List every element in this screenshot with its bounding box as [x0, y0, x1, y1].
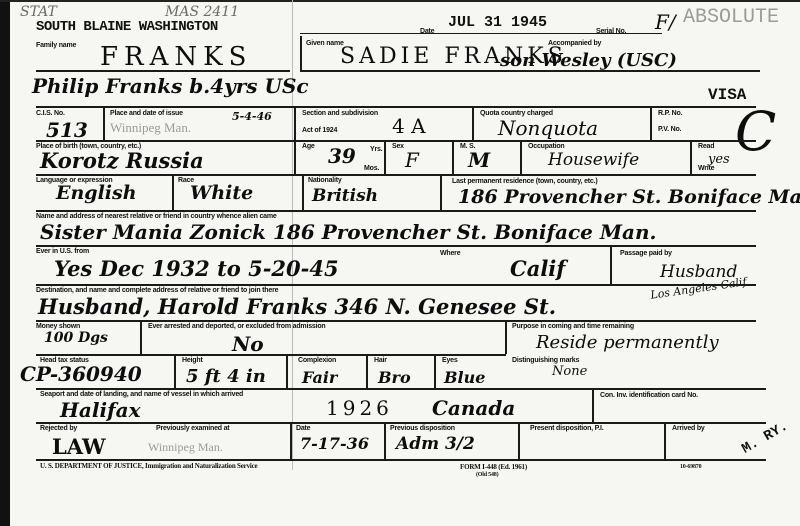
rule — [440, 174, 442, 210]
label-serial-no: Serial No. — [596, 28, 626, 35]
rule — [36, 284, 756, 286]
card-top-edge — [0, 0, 800, 2]
rule — [650, 106, 652, 140]
rule — [472, 106, 474, 140]
rule — [384, 422, 386, 460]
rule — [36, 422, 766, 424]
label-age: Age — [302, 143, 315, 150]
value-family-name: FRANKS — [100, 42, 252, 72]
value-issue-date: 5-4-46 — [232, 110, 272, 123]
rule — [300, 70, 760, 72]
value-last-residence: 186 Provencher St. Boniface Man. — [458, 186, 800, 208]
value-read: yes — [708, 152, 730, 167]
label-where: Where — [440, 250, 460, 257]
manifest-card: STAT MAS 2411 SOUTH BLAINE WASHINGTON Fa… — [0, 0, 800, 526]
value-nearest-relative: Sister Mania Zonick 186 Provencher St. B… — [40, 220, 656, 244]
value-race: White — [190, 182, 253, 204]
value-previous-disposition: Adm 3/2 — [396, 434, 475, 454]
label-ever-in-us: Ever in U.S. from — [36, 248, 89, 255]
rule — [36, 245, 756, 247]
value-ever-in-us: Yes Dec 1932 to 5-20-45 — [54, 256, 339, 281]
rule — [300, 36, 302, 72]
value-seaport-year: 1926 — [326, 396, 393, 420]
value-purpose: Reside permanently — [536, 332, 719, 353]
value-height: 5 ft 4 in — [186, 366, 266, 387]
rule — [103, 106, 105, 140]
value-cis-no: 513 — [46, 118, 88, 142]
label-family-name: Family name — [36, 42, 76, 49]
rule — [286, 354, 288, 388]
stamp-absolute: ABSOLUTE — [683, 6, 779, 29]
label-money-shown: Money shown — [36, 323, 80, 330]
value-money-shown: 100 Dgs — [44, 330, 108, 346]
label-pv-no: P.V. No. — [658, 126, 681, 133]
footer-department: U. S. DEPARTMENT OF JUSTICE, Immigration… — [40, 462, 257, 470]
label-distinguishing-marks: Distinguishing marks — [512, 357, 579, 364]
rule — [36, 388, 766, 390]
rule — [140, 320, 142, 354]
label-complexion: Complexion — [298, 357, 336, 364]
value-place-of-birth: Korotz Russia — [40, 148, 204, 173]
rule — [36, 210, 756, 212]
label-seaport: Seaport and date of landing, and name of… — [40, 391, 243, 398]
label-previously-examined: Previously examined at — [156, 425, 229, 432]
label-previous-disposition: Previous disposition — [390, 425, 455, 432]
rule — [505, 320, 507, 354]
label-ever-arrested: Ever arrested and deported, or excluded … — [148, 323, 325, 330]
rule — [36, 320, 756, 322]
value-hair: Bro — [378, 368, 411, 387]
rule — [664, 422, 666, 460]
value-accompanied-by: son Wesley (USC) — [500, 50, 677, 71]
value-distinguishing-marks: None — [552, 364, 587, 379]
margin-note-stat: STAT — [20, 4, 57, 20]
value-seaport-vessel: Canada — [432, 396, 515, 420]
label-nationality: Nationality — [308, 177, 342, 184]
margin-note-file-no: MAS 2411 — [165, 4, 239, 20]
value-section: 4 A — [392, 114, 426, 138]
label-passage-paid-by: Passage paid by — [620, 250, 672, 257]
label-rp-no: R.P. No. — [658, 110, 682, 117]
rule — [592, 388, 594, 422]
value-ms: M — [468, 148, 490, 172]
value-ever-arrested: No — [232, 332, 264, 356]
value-sex: F — [405, 148, 419, 172]
rule — [36, 106, 756, 108]
label-eyes: Eyes — [442, 357, 458, 364]
visa-mark: C — [735, 100, 776, 163]
rule — [172, 174, 174, 210]
label-hair: Hair — [374, 357, 387, 364]
label-date2: Date — [296, 425, 310, 432]
port-name: SOUTH BLAINE WASHINGTON — [36, 19, 218, 35]
label-destination-relative: Destination, and name and complete addre… — [36, 287, 278, 294]
rule — [434, 354, 436, 388]
rule — [384, 140, 386, 174]
value-occupation: Housewife — [548, 150, 639, 170]
value-place-of-issue: Winnipeg Man. — [110, 120, 191, 136]
rule — [302, 174, 304, 210]
value-arrived-by: M. RY. — [739, 418, 791, 457]
label-arrived-by: Arrived by — [672, 425, 705, 432]
rule — [610, 245, 612, 285]
label-act-1924: Act of 1924 — [302, 127, 337, 134]
value-quota-country: Nonquota — [498, 116, 598, 140]
value-complexion: Fair — [302, 368, 337, 387]
label-height: Height — [182, 357, 203, 364]
card-left-edge — [0, 0, 10, 526]
label-place-date-issue: Place and date of issue — [110, 110, 183, 117]
rule — [366, 354, 368, 388]
label-mos: Mos. — [364, 165, 379, 172]
value-date2: 7-17-36 — [300, 434, 369, 453]
rule — [36, 70, 290, 72]
label-con-inv-id: Con. Inv. identification card No. — [600, 392, 698, 399]
footer-print-code: 10-69870 — [680, 464, 701, 470]
label-rejected-by: Rejected by — [40, 425, 77, 432]
label-given-name: Given name — [306, 40, 344, 47]
value-accompanied-line2: Philip Franks b.4yrs USc — [32, 74, 309, 98]
label-read: Read — [698, 143, 714, 150]
label-present-disposition: Present disposition, P.I. — [530, 425, 603, 432]
label-cis-no: C.I.S. No. — [36, 110, 65, 117]
rule — [452, 140, 454, 174]
rule — [174, 354, 176, 388]
rule — [36, 140, 756, 142]
value-language: English — [56, 182, 137, 204]
value-date: JUL 31 1945 — [448, 14, 547, 31]
footer-form-old: (Old 548) — [476, 472, 498, 478]
rule — [36, 174, 756, 176]
value-where: Calif — [510, 256, 565, 281]
label-section: Section and subdivision — [302, 110, 378, 117]
value-destination-relative: Husband, Harold Franks 346 N. Genesee St… — [38, 294, 556, 319]
label-sex: Sex — [392, 143, 404, 150]
footer-form: FORM I-448 (Ed. 1961) — [460, 463, 527, 471]
value-age: 39 — [328, 144, 356, 168]
label-purpose: Purpose in coming and time remaining — [512, 323, 634, 330]
value-previously-examined: Winnipeg Man. — [148, 440, 223, 455]
value-nationality: British — [312, 186, 378, 206]
value-rejected-by: LAW — [52, 434, 106, 459]
value-eyes: Blue — [444, 368, 485, 387]
label-yrs: Yrs. — [370, 146, 382, 153]
value-head-tax: CP-360940 — [20, 362, 142, 386]
value-seaport: Halifax — [60, 398, 141, 422]
rule — [690, 140, 692, 174]
value-serial-no: F/ — [655, 10, 676, 34]
rule — [290, 422, 292, 460]
label-occupation: Occupation — [528, 143, 565, 150]
label-nearest-relative: Name and address of nearest relative or … — [36, 213, 277, 220]
rule — [520, 140, 522, 174]
label-accompanied-by: Accompanied by — [548, 40, 601, 47]
label-last-residence: Last permanent residence (town, country,… — [452, 178, 597, 185]
rule — [36, 459, 766, 461]
rule — [518, 422, 520, 460]
